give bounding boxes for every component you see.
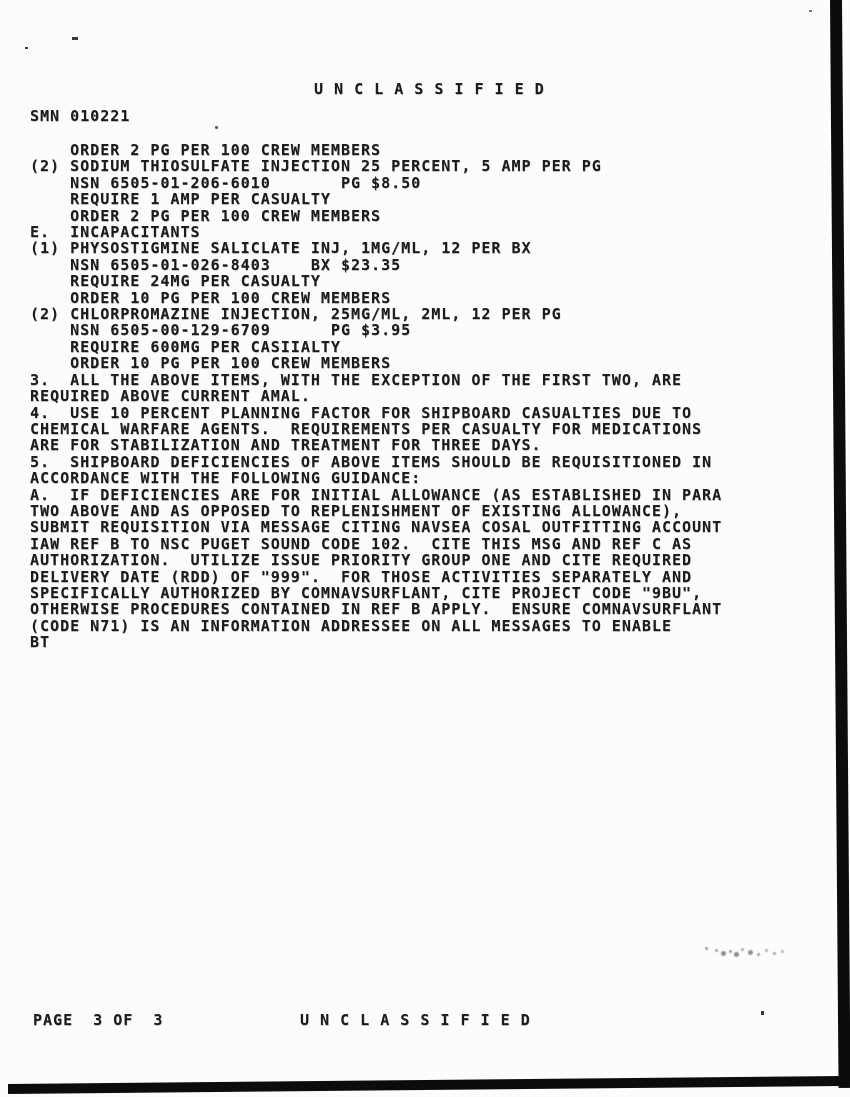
scan-edge-right	[830, 0, 850, 1088]
handwriting-smudge	[705, 947, 708, 950]
message-body: ORDER 2 PG PER 100 CREW MEMBERS (2) SODI…	[30, 142, 722, 651]
classification-header: U N C L A S S I F I E D	[314, 82, 545, 96]
scan-edge-bottom	[8, 1076, 850, 1094]
scan-speck	[761, 1011, 764, 1015]
classification-footer: U N C L A S S I F I E D	[300, 1013, 531, 1027]
scan-speck	[215, 126, 218, 129]
scanned-message-page: U N C L A S S I F I E D SMN 010221 ORDER…	[0, 0, 850, 1097]
scan-speck	[809, 10, 812, 12]
scan-speck	[25, 47, 28, 49]
scan-speck	[72, 37, 78, 40]
message-id: SMN 010221	[30, 109, 130, 123]
page-number: PAGE 3 OF 3	[33, 1013, 163, 1027]
